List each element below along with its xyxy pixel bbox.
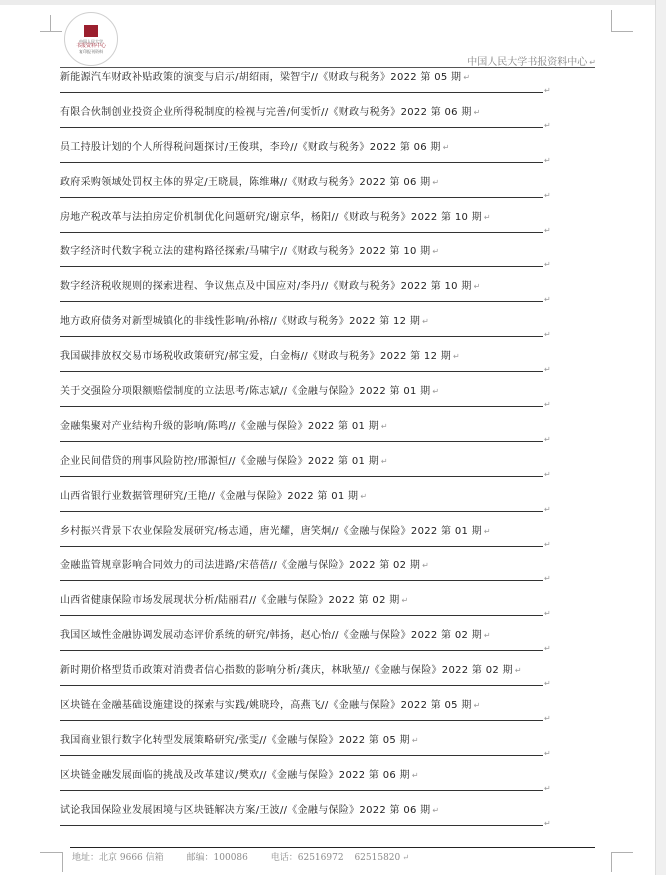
- separator-line: [60, 720, 543, 721]
- paragraph-mark-icon: ↵: [381, 422, 388, 431]
- citation-entry: 山西省健康保险市场发展现状分析/陆丽君//《金融与保险》2022 第 02 期↵: [60, 591, 600, 626]
- citation-text: 有限合伙制创业投资企业所得税制度的检视与完善/何雯忻//《财政与税务》2022 …: [60, 107, 472, 118]
- paragraph-mark-icon: ↵: [360, 492, 367, 501]
- citation-entry: 乡村振兴背景下农业保险发展研究/杨志通，唐光耀，唐笑炯//《金融与保险》2022…: [60, 522, 600, 557]
- footer-phone-2: 62515820: [354, 853, 400, 863]
- citation-text: 关于交强险分项限额赔偿制度的立法思考/陈志斌//《金融与保险》2022 第 01…: [60, 386, 430, 397]
- separator-line: [60, 825, 543, 826]
- citation-text: 新时期价格型货币政策对消费者信心指数的影响分析/龚庆，林耿堃//《金融与保险》2…: [60, 665, 513, 676]
- logo-emblem-icon: [84, 25, 98, 37]
- separator-line: [60, 685, 543, 686]
- separator-line: [60, 127, 543, 128]
- citation-entry: 新能源汽车财政补贴政策的演变与启示/胡绍雨，梁智宇//《财政与税务》2022 第…: [60, 68, 600, 103]
- paragraph-mark-icon: ↵: [484, 631, 491, 640]
- logo-line-3: 复印报刊资料: [79, 49, 103, 54]
- paragraph-mark-icon: ↵: [474, 701, 481, 710]
- citation-text: 我国商业银行数字化转型发展策略研究/张雯//《金融与保险》2022 第 05 期: [60, 735, 410, 746]
- citation-entry: 我国碳排放权交易市场税收政策研究/郝宝爱，白金梅//《财政与税务》2022 第 …: [60, 347, 600, 382]
- citation-entry: 有限合伙制创业投资企业所得税制度的检视与完善/何雯忻//《财政与税务》2022 …: [60, 103, 600, 138]
- crop-mark-bottom-left-vertical: [62, 852, 63, 872]
- crop-mark-top-left: [40, 31, 62, 32]
- crop-mark-top-right: [611, 31, 633, 32]
- citation-text: 金融集聚对产业结构升级的影响/陈鸣//《金融与保险》2022 第 01 期: [60, 421, 379, 432]
- citation-text: 乡村振兴背景下农业保险发展研究/杨志通，唐光耀，唐笑炯//《金融与保险》2022…: [60, 526, 482, 537]
- citation-entry: 试论我国保险业发展困境与区块链解决方案/王波//《金融与保险》2022 第 06…: [60, 801, 600, 836]
- paragraph-mark-icon: ↵: [432, 806, 439, 815]
- citation-text: 我国区域性金融协调发展动态评价系统的研究/韩扬，赵心怡//《金融与保险》2022…: [60, 630, 482, 641]
- crop-mark-bottom-right: [611, 852, 633, 853]
- paragraph-mark-icon: ↵: [589, 58, 596, 67]
- separator-line: [60, 790, 543, 791]
- footer-address: 地址：北京 9666 信箱: [72, 853, 164, 863]
- paragraph-mark-icon: ↵: [422, 317, 429, 326]
- header-title: 中国人民大学书报资料中心↵: [467, 53, 596, 68]
- institution-logo: 中国人民大学 书报资料中心 复印报刊资料: [64, 12, 118, 66]
- footer-rule: [70, 847, 595, 848]
- paragraph-mark-icon: ↵: [463, 73, 470, 82]
- citation-entry: 区块链金融发展面临的挑战及改革建议/樊欢//《金融与保险》2022 第 06 期…: [60, 766, 600, 801]
- separator-line: [60, 546, 543, 547]
- paragraph-mark-icon: ↵: [381, 457, 388, 466]
- citation-entry: 山西省银行业数据管理研究/王艳//《金融与保险》2022 第 01 期↵: [60, 487, 600, 522]
- citation-list: 新能源汽车财政补贴政策的演变与启示/胡绍雨，梁智宇//《财政与税务》2022 第…: [60, 68, 600, 836]
- separator-line: [60, 755, 543, 756]
- separator-line: [60, 650, 543, 651]
- citation-entry: 数字经济税收规则的探索进程、争议焦点及中国应对/李丹//《财政与税务》2022 …: [60, 277, 600, 312]
- citation-entry: 地方政府债务对新型城镇化的非线性影响/孙榕//《财政与税务》2022 第 12 …: [60, 312, 600, 347]
- paragraph-mark-icon: ↵: [484, 213, 491, 222]
- paragraph-mark-icon: ↵: [432, 247, 439, 256]
- paragraph-mark-icon: ↵: [443, 143, 450, 152]
- citation-entry: 我国商业银行数字化转型发展策略研究/张雯//《金融与保险》2022 第 05 期…: [60, 731, 600, 766]
- citation-text: 员工持股计划的个人所得税问题探讨/王俊琪，李玲//《财政与税务》2022 第 0…: [60, 142, 441, 153]
- footer-contact: 地址：北京 9666 信箱 邮编：100086 电话：62516972 6251…: [72, 850, 429, 863]
- separator-line: [60, 232, 543, 233]
- paragraph-mark-icon: ↵: [412, 736, 419, 745]
- paragraph-mark-icon: ↵: [402, 853, 409, 862]
- citation-entry: 我国区域性金融协调发展动态评价系统的研究/韩扬，赵心怡//《金融与保险》2022…: [60, 626, 600, 661]
- separator-line: [60, 336, 543, 337]
- footer-phone: 电话：62516972: [271, 853, 344, 863]
- citation-text: 试论我国保险业发展困境与区块链解决方案/王波//《金融与保险》2022 第 06…: [60, 805, 430, 816]
- citation-entry: 政府采购领域处罚权主体的界定/王晓晨，陈维琳//《财政与税务》2022 第 06…: [60, 173, 600, 208]
- paragraph-mark-icon: ↵: [422, 561, 429, 570]
- citation-text: 我国碳排放权交易市场税收政策研究/郝宝爱，白金梅//《财政与税务》2022 第 …: [60, 351, 451, 362]
- citation-text: 数字经济时代数字税立法的建构路径探索/马啸宇//《财政与税务》2022 第 10…: [60, 246, 430, 257]
- separator-line: [60, 476, 543, 477]
- separator-line: [60, 197, 543, 198]
- citation-text: 地方政府债务对新型城镇化的非线性影响/孙榕//《财政与税务》2022 第 12 …: [60, 316, 420, 327]
- paragraph-mark-icon: ↵: [412, 771, 419, 780]
- paragraph-mark-icon: ↵: [432, 178, 439, 187]
- citation-text: 区块链在金融基础设施建设的探索与实践/姚晓玲，高燕飞//《金融与保险》2022 …: [60, 700, 472, 711]
- paragraph-mark-icon: ↵: [515, 666, 522, 675]
- separator-line: [60, 615, 543, 616]
- citation-text: 新能源汽车财政补贴政策的演变与启示/胡绍雨，梁智宇//《财政与税务》2022 第…: [60, 72, 461, 83]
- paragraph-mark-icon: ↵: [484, 527, 491, 536]
- citation-entry: 房地产税改革与法拍房定价机制优化问题研究/谢京华，杨阳//《财政与税务》2022…: [60, 208, 600, 243]
- separator-line: [60, 92, 543, 93]
- separator-line: [60, 406, 543, 407]
- citation-text: 企业民间借贷的刑事风险防控/邢源恒//《金融与保险》2022 第 01 期: [60, 456, 379, 467]
- citation-entry: 金融监管规章影响合同效力的司法进路/宋蓓蓓//《金融与保险》2022 第 02 …: [60, 556, 600, 591]
- citation-text: 政府采购领域处罚权主体的界定/王晓晨，陈维琳//《财政与税务》2022 第 06…: [60, 177, 430, 188]
- paragraph-mark-icon: ↵: [432, 387, 439, 396]
- citation-entry: 企业民间借贷的刑事风险防控/邢源恒//《金融与保险》2022 第 01 期↵: [60, 452, 600, 487]
- citation-text: 数字经济税收规则的探索进程、争议焦点及中国应对/李丹//《财政与税务》2022 …: [60, 281, 472, 292]
- separator-line: [60, 266, 543, 267]
- citation-text: 山西省健康保险市场发展现状分析/陆丽君//《金融与保险》2022 第 02 期: [60, 595, 400, 606]
- paragraph-mark-icon: ↵: [402, 596, 409, 605]
- crop-mark-bottom-right-vertical: [611, 852, 612, 872]
- citation-text: 房地产税改革与法拍房定价机制优化问题研究/谢京华，杨阳//《财政与税务》2022…: [60, 212, 482, 223]
- citation-entry: 数字经济时代数字税立法的建构路径探索/马啸宇//《财政与税务》2022 第 10…: [60, 242, 600, 277]
- citation-text: 区块链金融发展面临的挑战及改革建议/樊欢//《金融与保险》2022 第 06 期: [60, 770, 410, 781]
- citation-entry: 关于交强险分项限额赔偿制度的立法思考/陈志斌//《金融与保险》2022 第 01…: [60, 382, 600, 417]
- crop-mark-top-left-vertical: [50, 15, 51, 31]
- paragraph-mark-icon: ↵: [474, 282, 481, 291]
- citation-entry: 员工持股计划的个人所得税问题探讨/王俊琪，李玲//《财政与税务》2022 第 0…: [60, 138, 600, 173]
- separator-line: [60, 511, 543, 512]
- separator-line: [60, 441, 543, 442]
- footer-postcode: 邮编：100086: [187, 853, 248, 863]
- paragraph-mark-icon: ↵: [474, 108, 481, 117]
- citation-entry: 区块链在金融基础设施建设的探索与实践/姚晓玲，高燕飞//《金融与保险》2022 …: [60, 696, 600, 731]
- crop-mark-top-right-vertical: [611, 10, 612, 32]
- separator-line: [60, 580, 543, 581]
- citation-entry: 金融集聚对产业结构升级的影响/陈鸣//《金融与保险》2022 第 01 期↵: [60, 417, 600, 452]
- separator-line: [60, 162, 543, 163]
- crop-mark-bottom-left: [40, 852, 62, 853]
- citation-text: 金融监管规章影响合同效力的司法进路/宋蓓蓓//《金融与保险》2022 第 02 …: [60, 560, 420, 571]
- separator-line: [60, 301, 543, 302]
- vertical-scrollbar[interactable]: [655, 0, 666, 875]
- citation-entry: 新时期价格型货币政策对消费者信心指数的影响分析/龚庆，林耿堃//《金融与保险》2…: [60, 661, 600, 696]
- separator-line: [60, 371, 543, 372]
- paragraph-mark-icon: ↵: [453, 352, 460, 361]
- citation-text: 山西省银行业数据管理研究/王艳//《金融与保险》2022 第 01 期: [60, 491, 358, 502]
